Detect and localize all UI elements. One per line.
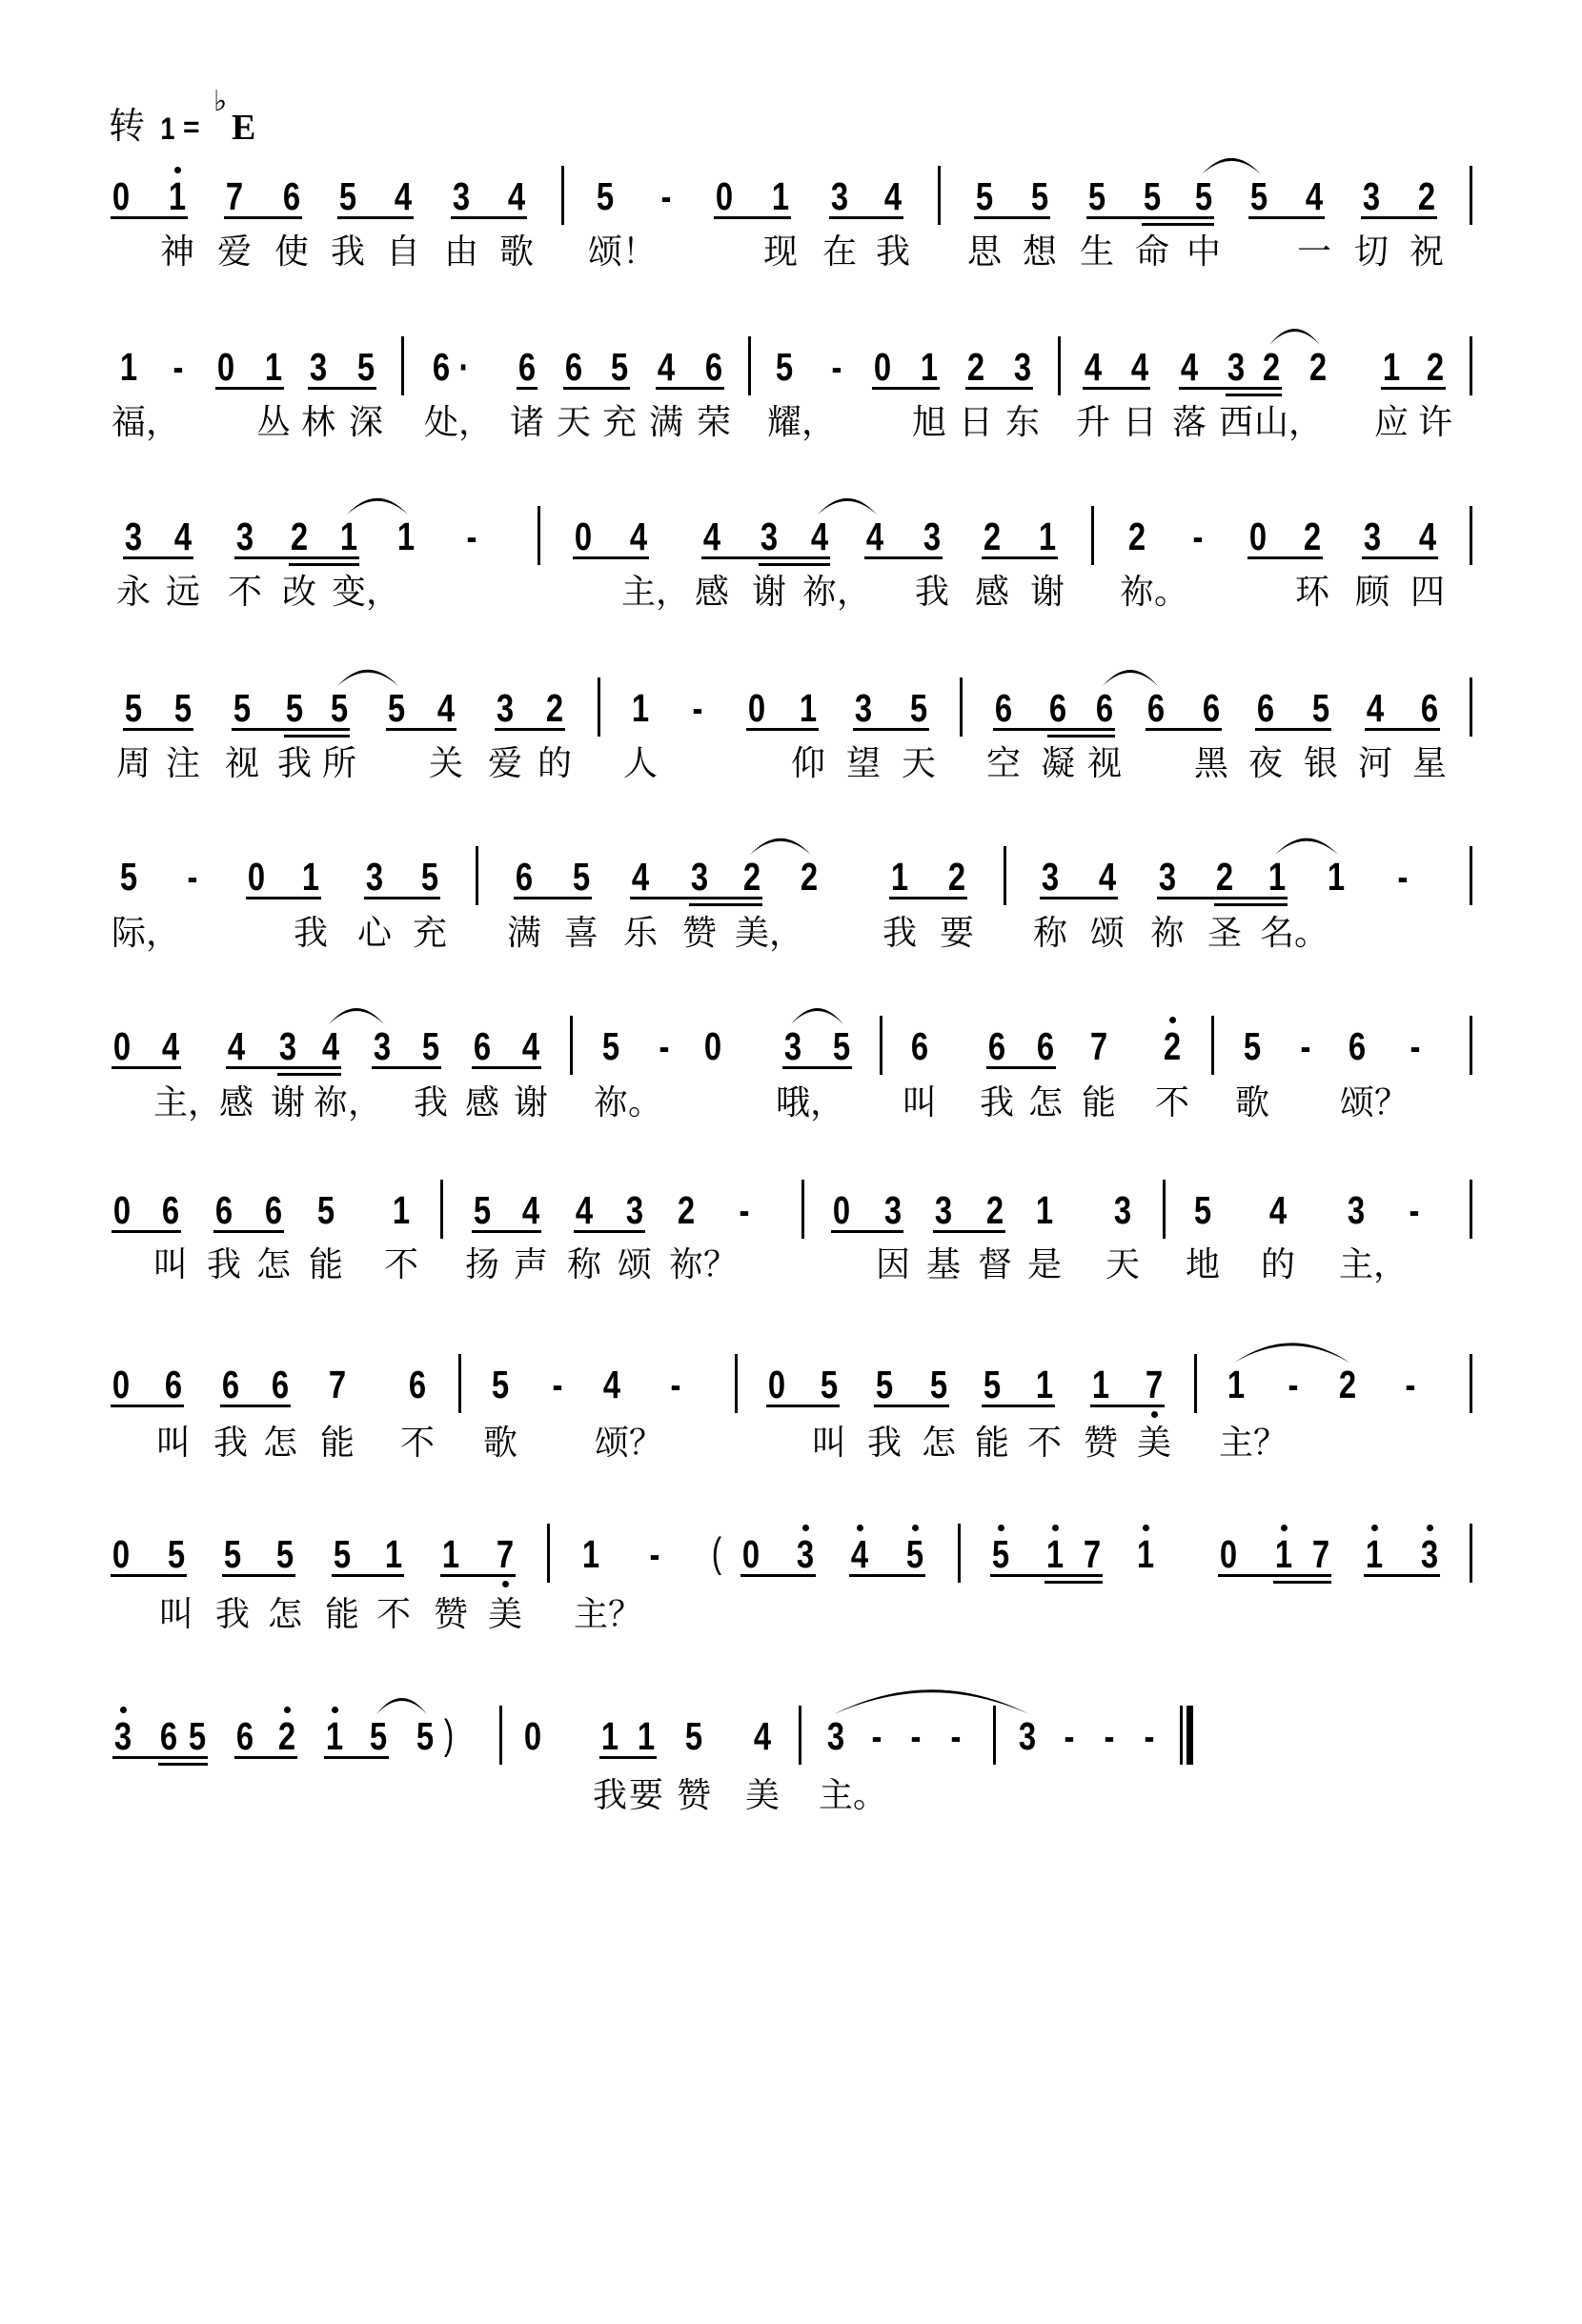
score-line: 1-01356·665465-012344432212福，丛林深处，诸天充满荣耀…: [0, 310, 1582, 443]
lyric: 能: [325, 1598, 359, 1632]
lyric: 主。: [819, 1779, 887, 1813]
barline: [1470, 1180, 1472, 1239]
lyric: 荣: [697, 406, 731, 440]
note: 4: [569, 1191, 599, 1230]
lyric: 祢，: [314, 1086, 382, 1121]
score-line: 06665154432-033213543-叫我怎能不扬声称颂祢？因基督是天地的…: [0, 1153, 1582, 1286]
rest: 0: [826, 1191, 857, 1230]
lyric: 颂？: [1340, 1086, 1409, 1121]
lyric: 想: [1023, 235, 1057, 270]
lyric: 我: [215, 1598, 250, 1632]
score-line: 055551171-(0345517101713叫我怎能不赞美主？: [0, 1497, 1582, 1630]
lyric: 现: [763, 235, 798, 270]
note: 5: [161, 1535, 192, 1574]
barline: [801, 1180, 804, 1239]
octave-dot-above-icon: [802, 1525, 809, 1531]
lyric: 怎: [256, 1248, 291, 1283]
lyric: 哦，: [776, 1086, 844, 1121]
lyric: 命: [1135, 235, 1169, 270]
barline: [958, 1524, 961, 1583]
lyric: 美，: [735, 917, 803, 951]
note: 4: [1263, 1191, 1293, 1230]
lyric: 一: [1297, 235, 1331, 270]
lyric: 地: [1186, 1248, 1220, 1283]
lyric: 赞: [1084, 1426, 1118, 1461]
slur-tie: [1234, 1343, 1349, 1363]
slur-tie: [347, 498, 408, 515]
lyric: 怎: [263, 1426, 297, 1461]
score-line: 5-013565432212343211-际，我心充满喜乐赞美，我要称颂祢圣名。: [0, 819, 1582, 953]
note: 1: [386, 1191, 416, 1230]
lyric: 神: [160, 235, 194, 270]
lyric: 我: [882, 917, 917, 951]
lyric: 主，: [1339, 1248, 1408, 1283]
note: 1: [1359, 1535, 1389, 1574]
barline: [1163, 1180, 1166, 1239]
lyric: 自: [386, 235, 420, 270]
lyric: 赞: [434, 1598, 468, 1632]
slur-tie: [1275, 839, 1338, 855]
note: 7: [1306, 1535, 1336, 1574]
note: 1: [1029, 1191, 1060, 1230]
note: 5: [467, 1191, 497, 1230]
rest: 0: [106, 1535, 136, 1574]
lyric: 祢: [1150, 917, 1185, 951]
lyric: 视: [1087, 747, 1122, 781]
lyric: 主，: [153, 1086, 222, 1121]
rest: 0: [736, 1535, 766, 1574]
lyric: 爱: [488, 747, 522, 781]
parenthesis: (: [703, 1533, 730, 1572]
lyric: 叫: [153, 1248, 188, 1283]
lyric: 满: [507, 917, 541, 951]
note: 5: [270, 1535, 300, 1574]
lyric: 我: [876, 235, 910, 270]
dash: -: [729, 1191, 760, 1230]
lyric: 在: [822, 235, 857, 270]
lyric: 怎: [922, 1426, 956, 1461]
lyric: 落: [1172, 406, 1207, 440]
lyric: 我: [207, 1248, 241, 1283]
lyric: 基: [926, 1248, 961, 1283]
note: 1: [1268, 1535, 1299, 1574]
note: 5: [217, 1535, 248, 1574]
lyric: 西: [1219, 406, 1253, 440]
lyric: 名。: [1260, 917, 1328, 951]
lyric: 耀，: [767, 406, 836, 440]
score-line: 343211-0443443212-0234永远不改变，主，感谢祢，我感谢祢。环…: [0, 479, 1582, 613]
octave-dot-below-icon: [502, 1581, 509, 1587]
lyric: 感: [695, 576, 729, 610]
lyric: 怎: [268, 1598, 302, 1632]
lyric: 所: [322, 747, 356, 781]
slur-tie: [1202, 158, 1261, 174]
lyric: 改: [282, 576, 316, 610]
lyric: 充: [602, 406, 637, 440]
lyric: 四: [1410, 576, 1445, 610]
lyric: 能: [309, 1248, 343, 1283]
note: 3: [878, 1191, 908, 1230]
note: 4: [844, 1535, 875, 1574]
lyric: 感: [975, 576, 1009, 610]
slur-tie: [750, 839, 811, 855]
lyric: 谢: [1030, 576, 1065, 610]
lyric: 称: [1033, 917, 1067, 951]
rest: 0: [1213, 1535, 1244, 1574]
octave-dot-above-icon: [1427, 1525, 1433, 1531]
note: 2: [671, 1191, 701, 1230]
lyric: 夜: [1248, 747, 1283, 781]
barline: [547, 1524, 550, 1583]
lyric: 星: [1412, 747, 1447, 781]
sixteenth-beam: [1045, 1581, 1103, 1584]
octave-dot-above-icon: [1371, 1525, 1378, 1531]
lyric: 我: [867, 1426, 902, 1461]
barline: [440, 1180, 443, 1239]
score-line: 5555554321-0135666666546周注视我所关爱的人仰望天空凝视黑…: [0, 651, 1582, 784]
note: 1: [378, 1535, 409, 1574]
lyric: 应: [1374, 406, 1409, 440]
lyric: 天: [1105, 1248, 1140, 1283]
lyric: 歌: [499, 235, 534, 270]
lyric: 际，: [112, 917, 180, 951]
dash: -: [639, 1535, 670, 1574]
lyric: 由: [444, 235, 478, 270]
lyric: 天: [902, 747, 936, 781]
lyric: 主，: [621, 576, 690, 610]
lyric: 切: [1354, 235, 1389, 270]
lyric: 不: [228, 576, 262, 610]
note: 2: [980, 1191, 1010, 1230]
slur-tie: [818, 498, 877, 515]
lyric: 日: [1123, 406, 1157, 440]
lyric: 旭: [912, 406, 946, 440]
lyric: 深: [349, 406, 383, 440]
lyric: 中: [1186, 235, 1221, 270]
lyric: 圣: [1207, 917, 1242, 951]
note: 7: [1077, 1535, 1107, 1574]
lyric: 东: [1005, 406, 1040, 440]
octave-dot-above-icon: [912, 1525, 919, 1531]
octave-dot-above-icon: [1052, 1525, 1059, 1531]
note: 5: [327, 1535, 357, 1574]
lyric: 满: [649, 406, 683, 440]
note: 1: [576, 1535, 606, 1574]
lyric: 我: [915, 576, 949, 610]
slur-tie: [834, 1689, 1029, 1714]
slur-tie: [376, 1698, 427, 1714]
sheet-music-page: 转 1 = ♭ E 017654345-0134555555432神爱使我自由歌…: [0, 0, 1582, 2324]
lyric: 爱: [217, 235, 252, 270]
lyric: 扬: [465, 1248, 499, 1283]
octave-dot-above-icon: [1281, 1525, 1288, 1531]
lyric: 能: [1082, 1086, 1116, 1121]
lyric: 祝: [1410, 235, 1444, 270]
lyric: 喜: [564, 917, 598, 951]
lyric: 我: [331, 235, 365, 270]
lyric: 主？: [1219, 1426, 1288, 1461]
lyric: 怎: [1028, 1086, 1063, 1121]
note: 4: [516, 1191, 546, 1230]
lyric: 颂: [618, 1248, 652, 1283]
note: 6: [258, 1191, 289, 1230]
note: 3: [1341, 1191, 1371, 1230]
note: 3: [619, 1191, 650, 1230]
lyric: 山，: [1254, 406, 1323, 440]
lyric: 歌: [483, 1426, 517, 1461]
lyric: 要: [629, 1779, 663, 1813]
note: 6: [155, 1191, 186, 1230]
note: 5: [985, 1535, 1016, 1574]
lyric: 不: [376, 1598, 411, 1632]
lyric: 日: [959, 406, 993, 440]
lyric: 升: [1076, 406, 1110, 440]
lyric: 周: [116, 747, 151, 781]
lyric: 我: [213, 1426, 248, 1461]
lyric: 我: [277, 747, 312, 781]
lyric: 不: [1027, 1426, 1062, 1461]
lyric: 河: [1358, 747, 1392, 781]
lyric: 因: [876, 1248, 910, 1283]
lyric: 颂？: [595, 1426, 663, 1461]
lyric: 仰: [791, 747, 825, 781]
octave-dot-above-icon: [857, 1525, 863, 1531]
lyric: 处，: [424, 406, 493, 440]
lyric: 督: [978, 1248, 1012, 1283]
lyric: 丛: [256, 406, 291, 440]
score-line: 36562155)011543---3---我要赞美主。: [0, 1679, 1582, 1812]
lyric: 充: [413, 917, 447, 951]
lyric: 称: [567, 1248, 601, 1283]
lyric: 变，: [332, 576, 400, 610]
lyric: 谢: [514, 1086, 548, 1121]
lyric: 声: [514, 1248, 548, 1283]
lyric: 环: [1295, 576, 1329, 610]
note: 5: [311, 1191, 341, 1230]
slur-tie: [337, 670, 398, 686]
lyric: 美: [1137, 1426, 1171, 1461]
note: 3: [928, 1191, 959, 1230]
lyric: 不: [1155, 1086, 1189, 1121]
lyric: 天: [557, 406, 591, 440]
sixteenth-beam: [1273, 1581, 1331, 1584]
lyric: 顾: [1355, 576, 1389, 610]
note: 1: [436, 1535, 466, 1574]
rest: 0: [107, 1191, 137, 1230]
lyric: 是: [1027, 1248, 1062, 1283]
lyric: 福，: [112, 406, 180, 440]
lyric: 赞: [682, 917, 717, 951]
lyric: 心: [357, 917, 392, 951]
lyric: 能: [975, 1426, 1009, 1461]
lyric: 永: [116, 576, 151, 610]
slur-tie: [791, 1008, 843, 1024]
lyric: 视: [225, 747, 259, 781]
barline: [1470, 1524, 1472, 1583]
score-line: 0443435645-035666725-6-主，感谢祢，我感谢祢。哦，叫我怎能…: [0, 989, 1582, 1122]
lyric: 感: [219, 1086, 254, 1121]
lyric: 凝: [1041, 747, 1075, 781]
slur-tie: [1103, 670, 1158, 686]
lyric: 生: [1080, 235, 1114, 270]
note: 3: [1414, 1535, 1445, 1574]
lyric: 思: [967, 235, 1002, 270]
note: 5: [1187, 1191, 1218, 1230]
lyric: 叫: [156, 1426, 191, 1461]
note: 7: [490, 1535, 520, 1574]
lyric: 谢: [271, 1086, 305, 1121]
slurs-layer: [0, 1679, 1582, 1812]
lyric: 的: [537, 747, 572, 781]
lyric: 颂: [1090, 917, 1125, 951]
lyric: 不: [384, 1248, 418, 1283]
dash: -: [1399, 1191, 1430, 1230]
slur-tie: [329, 1008, 384, 1024]
lyric: 使: [274, 235, 309, 270]
lyric: 的: [1261, 1248, 1295, 1283]
lyric: 谢: [752, 576, 786, 610]
lyric: 叫: [159, 1598, 193, 1632]
lyric: 叫: [903, 1086, 937, 1121]
lyric: 要: [940, 917, 974, 951]
lyric: 望: [846, 747, 881, 781]
slur-tie: [1269, 329, 1320, 345]
lyric: 美: [745, 1779, 780, 1813]
lyric: 诸: [510, 406, 544, 440]
lyric: 空: [986, 747, 1021, 781]
note: 3: [790, 1535, 821, 1574]
note: 1: [1130, 1535, 1161, 1574]
note: 6: [209, 1191, 239, 1230]
lyric: 能: [320, 1426, 355, 1461]
octave-dot-above-icon: [998, 1525, 1004, 1531]
lyric: 祢。: [1120, 576, 1188, 610]
lyric: 颂！: [588, 235, 657, 270]
lyric: 我: [294, 917, 328, 951]
lyric: 远: [166, 576, 200, 610]
lyric: 关: [429, 747, 463, 781]
note: 5: [900, 1535, 930, 1574]
octave-dot-above-icon: [1143, 1525, 1149, 1531]
lyric: 祢，: [802, 576, 871, 610]
lyric: 黑: [1194, 747, 1228, 781]
lyric: 人: [623, 747, 658, 781]
lyric: 主？: [574, 1598, 642, 1632]
lyric: 不: [400, 1426, 435, 1461]
lyric: 赞: [677, 1779, 711, 1813]
lyric: 歌: [1235, 1086, 1269, 1121]
lyric: 我: [593, 1779, 627, 1813]
lyric: 许: [1418, 406, 1452, 440]
lyric: 美: [488, 1598, 522, 1632]
note: 3: [1107, 1191, 1138, 1230]
lyric: 乐: [623, 917, 658, 951]
lyric: 我: [980, 1086, 1014, 1121]
lyric: 祢？: [669, 1248, 738, 1283]
note: 1: [1040, 1535, 1070, 1574]
lyric: 林: [301, 406, 335, 440]
lyric: 祢。: [594, 1086, 662, 1121]
lyric: 叫: [812, 1426, 846, 1461]
lyric: 我: [414, 1086, 448, 1121]
lyric: 银: [1304, 747, 1338, 781]
lyric: 注: [166, 747, 200, 781]
lyric: 感: [465, 1086, 499, 1121]
score-line: 017654345-0134555555432神爱使我自由歌颂！现在我思想生命中…: [0, 139, 1582, 273]
score-line: 0666765-4-055551171-2-叫我怎能不歌颂？叫我怎能不赞美主？: [0, 1327, 1582, 1461]
flat-icon: ♭: [213, 88, 227, 116]
